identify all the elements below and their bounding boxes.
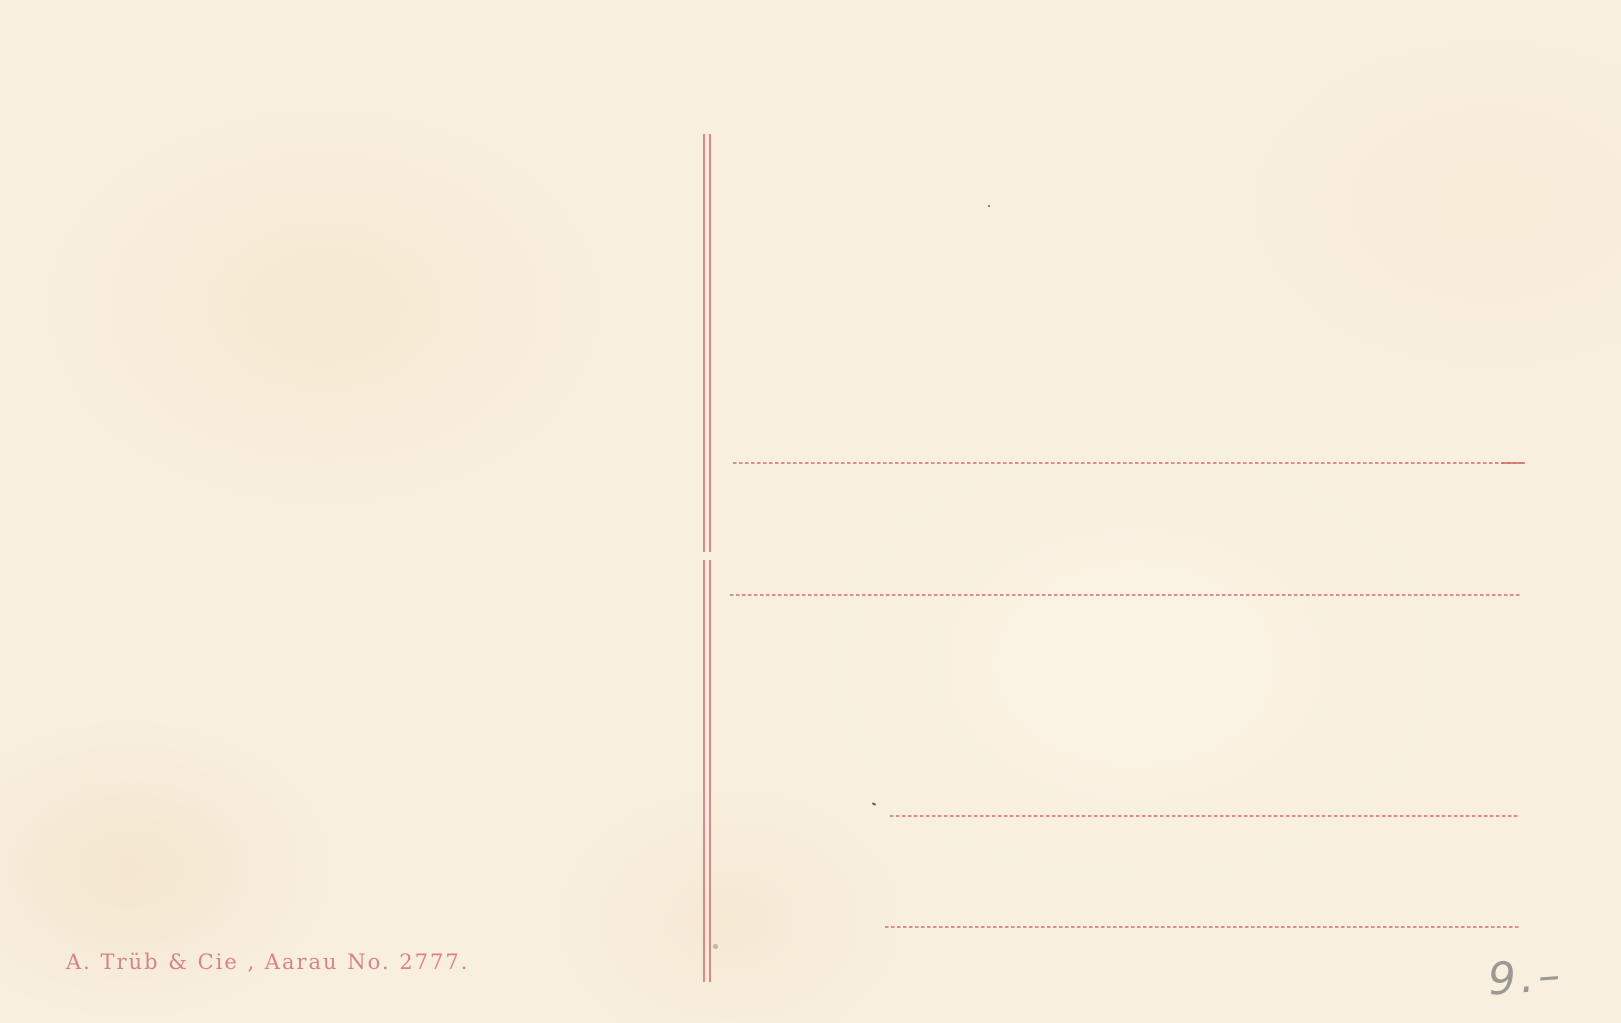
paper-speck <box>872 802 876 806</box>
address-line-1 <box>733 462 1525 464</box>
address-line-3 <box>890 815 1520 817</box>
paper-speck <box>988 205 991 208</box>
center-divider-line-upper <box>703 134 711 552</box>
pencil-price-notation: 9.– <box>1486 949 1565 1005</box>
publisher-imprint: A. Trüb & Cie , Aarau No. 2777. <box>66 950 469 974</box>
address-line-4 <box>885 926 1521 928</box>
center-divider-line-lower <box>703 560 711 982</box>
address-line-2 <box>730 594 1520 596</box>
paper-speck <box>712 943 719 950</box>
postcard-back: A. Trüb & Cie , Aarau No. 2777. 9.– <box>0 0 1621 1023</box>
